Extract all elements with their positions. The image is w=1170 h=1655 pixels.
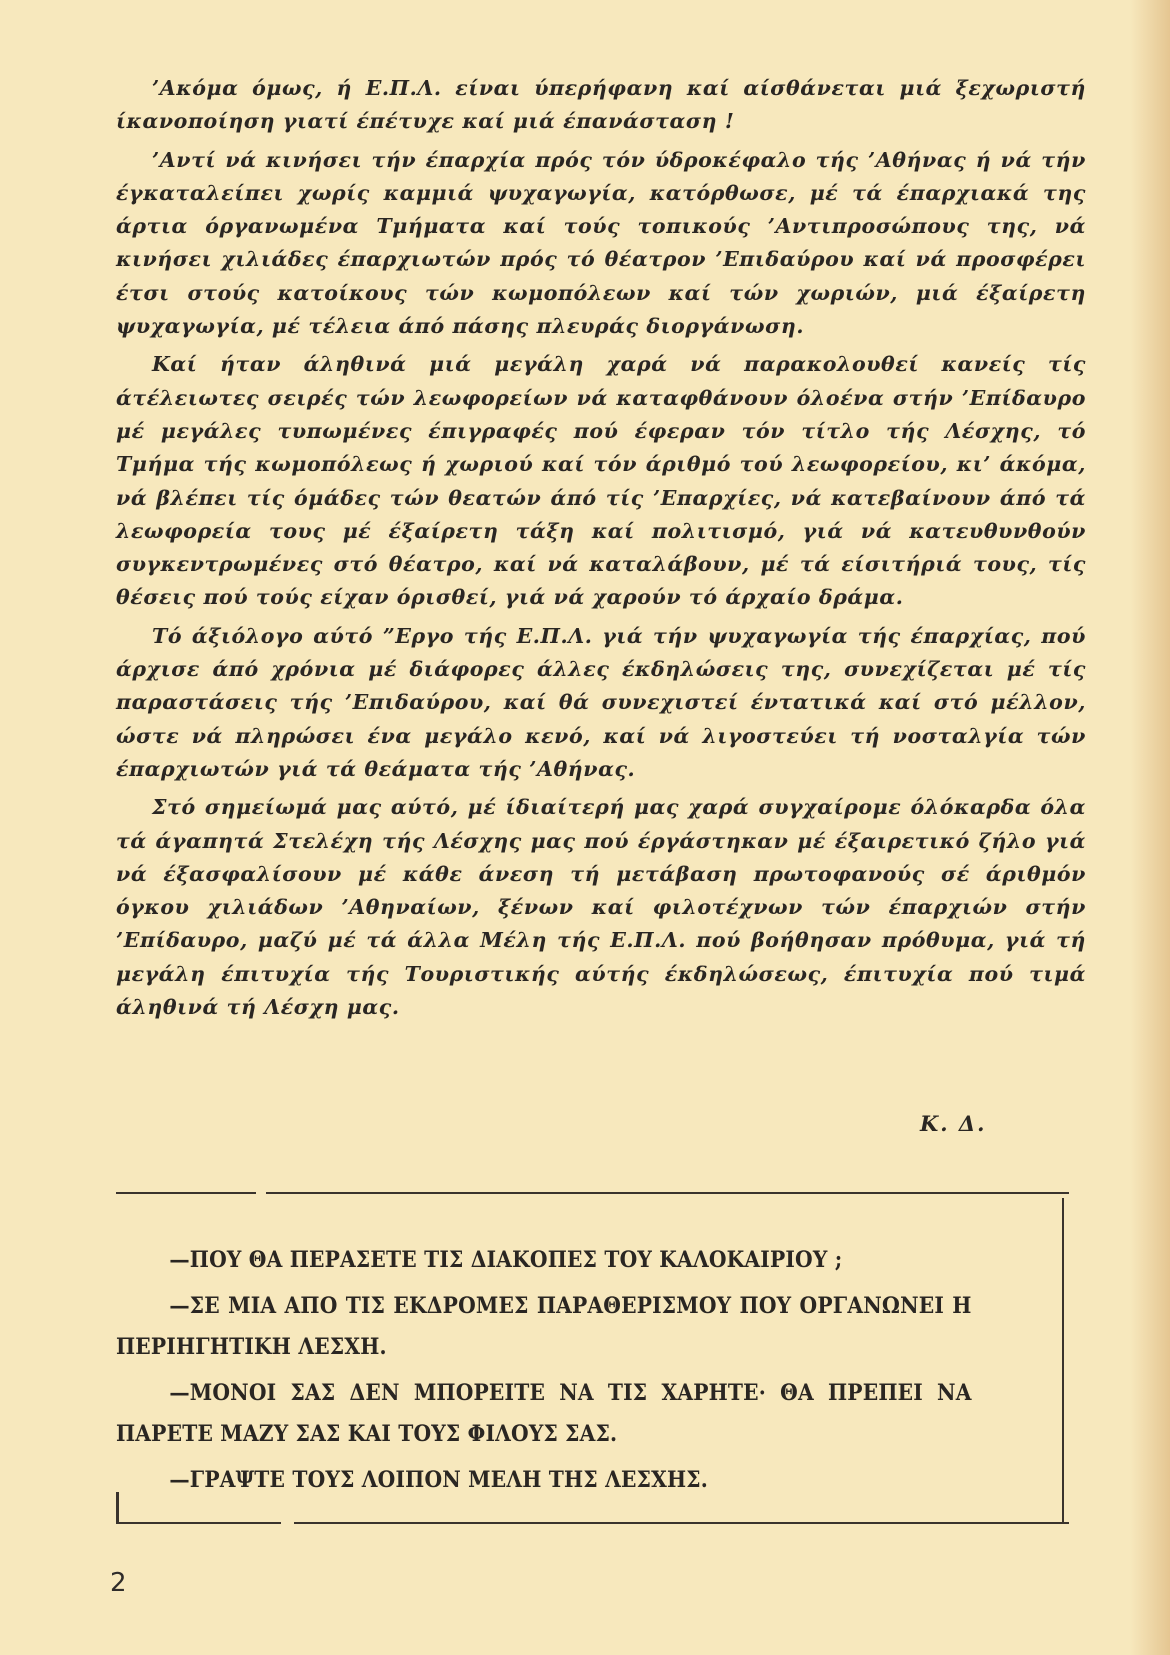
ad-question: —ΠΟΥ ΘΑ ΠΕΡΑΣΕΤΕ ΤΙΣ ΔΙΑΚΟΠΕΣ ΤΟΥ ΚΑΛΟΚΑ… <box>116 1240 972 1281</box>
paragraph-province: ’Αντί νά κινήσει τήν έπαρχία πρός τόν ύδ… <box>116 144 1086 344</box>
advertisement-text: —ΠΟΥ ΘΑ ΠΕΡΑΣΕΤΕ ΤΙΣ ΔΙΑΚΟΠΕΣ ΤΟΥ ΚΑΛΟΚΑ… <box>116 1240 972 1506</box>
paragraph-pride: ’Ακόμα όμως, ή Ε.Π.Λ. είναι ύπερήφανη κα… <box>116 72 1086 139</box>
box-border-top-left <box>116 1192 256 1194</box>
article-body: ’Ακόμα όμως, ή Ε.Π.Λ. είναι ύπερήφανη κα… <box>116 72 1086 1029</box>
page-number: 2 <box>110 1568 127 1598</box>
ad-answer: —ΣΕ ΜΙΑ ΑΠΟ ΤΙΣ ΕΚΔΡΟΜΕΣ ΠΑΡΑΘΕΡΙΣΜΟΥ ΠΟ… <box>116 1286 972 1368</box>
box-border-right <box>1062 1198 1064 1522</box>
ad-friends: —ΜΟΝΟΙ ΣΑΣ ΔΕΝ ΜΠΟΡΕΙΤΕ ΝΑ ΤΙΣ ΧΑΡΗΤΕ· Θ… <box>116 1373 972 1455</box>
page-edge-shadow <box>1130 0 1170 1655</box>
ad-call-to-action: —ΓΡΑΨΤΕ ΤΟΥΣ ΛΟΙΠΟΝ ΜΕΛΗ ΤΗΣ ΛΕΣΧΗΣ. <box>116 1460 972 1501</box>
box-border-bottom-right <box>294 1522 1069 1524</box>
box-border-top-right <box>266 1192 1069 1194</box>
paragraph-work: Τό άξιόλογο αύτό ”Εργο τής Ε.Π.Λ. γιά τή… <box>116 620 1086 786</box>
author-signature: Κ. Δ. <box>920 1111 986 1136</box>
paragraph-buses: Καί ήταν άληθινά μιά μεγάλη χαρά νά παρα… <box>116 348 1086 614</box>
paragraph-congratulations: Στό σημείωμά μας αύτό, μέ ίδιαίτερή μας … <box>116 791 1086 1024</box>
box-border-bottom-left <box>116 1522 281 1524</box>
advertisement-box: —ΠΟΥ ΘΑ ΠΕΡΑΣΕΤΕ ΤΙΣ ΔΙΑΚΟΠΕΣ ΤΟΥ ΚΑΛΟΚΑ… <box>116 1192 1069 1522</box>
